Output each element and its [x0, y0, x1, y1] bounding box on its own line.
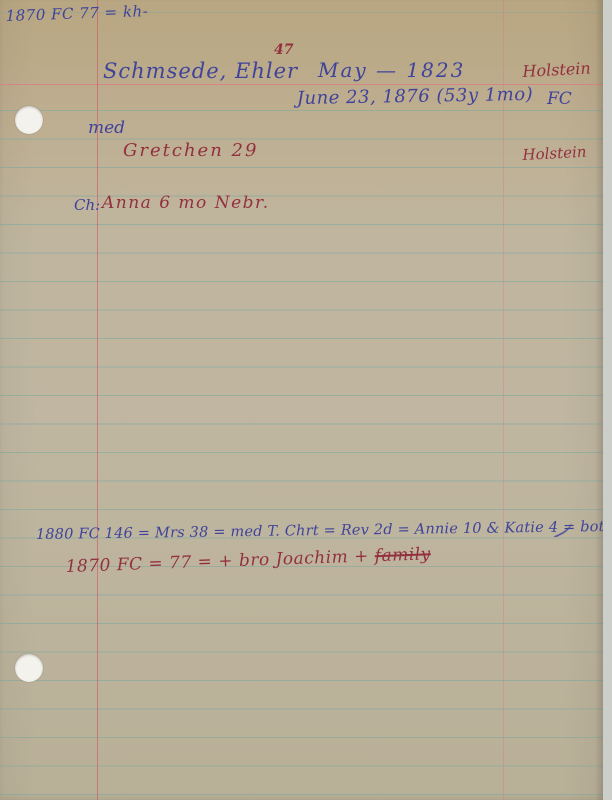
right-margin-line	[503, 0, 504, 800]
punch-hole-top	[15, 106, 43, 134]
punch-hole-bottom	[15, 654, 43, 682]
census-1870-struck-word: family	[374, 544, 431, 566]
surname-superscript: 47	[274, 42, 293, 58]
census-1870-text: 1870 FC = 77 = + bro Joachim +	[65, 546, 369, 577]
children-label: Ch:	[74, 196, 100, 214]
death-source: FC	[547, 89, 572, 109]
top-corner-note: 1870 FC 77 = kh-	[5, 2, 148, 25]
surname-entry: Schmsede, Ehler	[103, 59, 298, 83]
census-1880-note: 1880 FC 146 = Mrs 38 = med T. Chrt = Rev…	[36, 518, 612, 543]
death-date: June 23, 1876 (53y 1mo)	[297, 84, 534, 109]
spouse-place: Holstein	[522, 143, 587, 164]
scanned-notebook-page: 1870 FC 77 = kh- Schmsede, Ehler 47 May …	[0, 0, 612, 800]
child-entry: Anna 6 mo Nebr.	[102, 193, 270, 213]
marriage-label: med	[88, 118, 125, 138]
birth-place: Holstein	[522, 58, 591, 81]
census-1870-note: 1870 FC = 77 = + bro Joachim + family	[65, 544, 431, 577]
scanner-edge-strip	[603, 0, 612, 800]
birth-date: May — 1823	[318, 58, 465, 82]
spouse-name: Gretchen 29	[123, 140, 258, 161]
page-edge-shadow	[595, 0, 603, 800]
